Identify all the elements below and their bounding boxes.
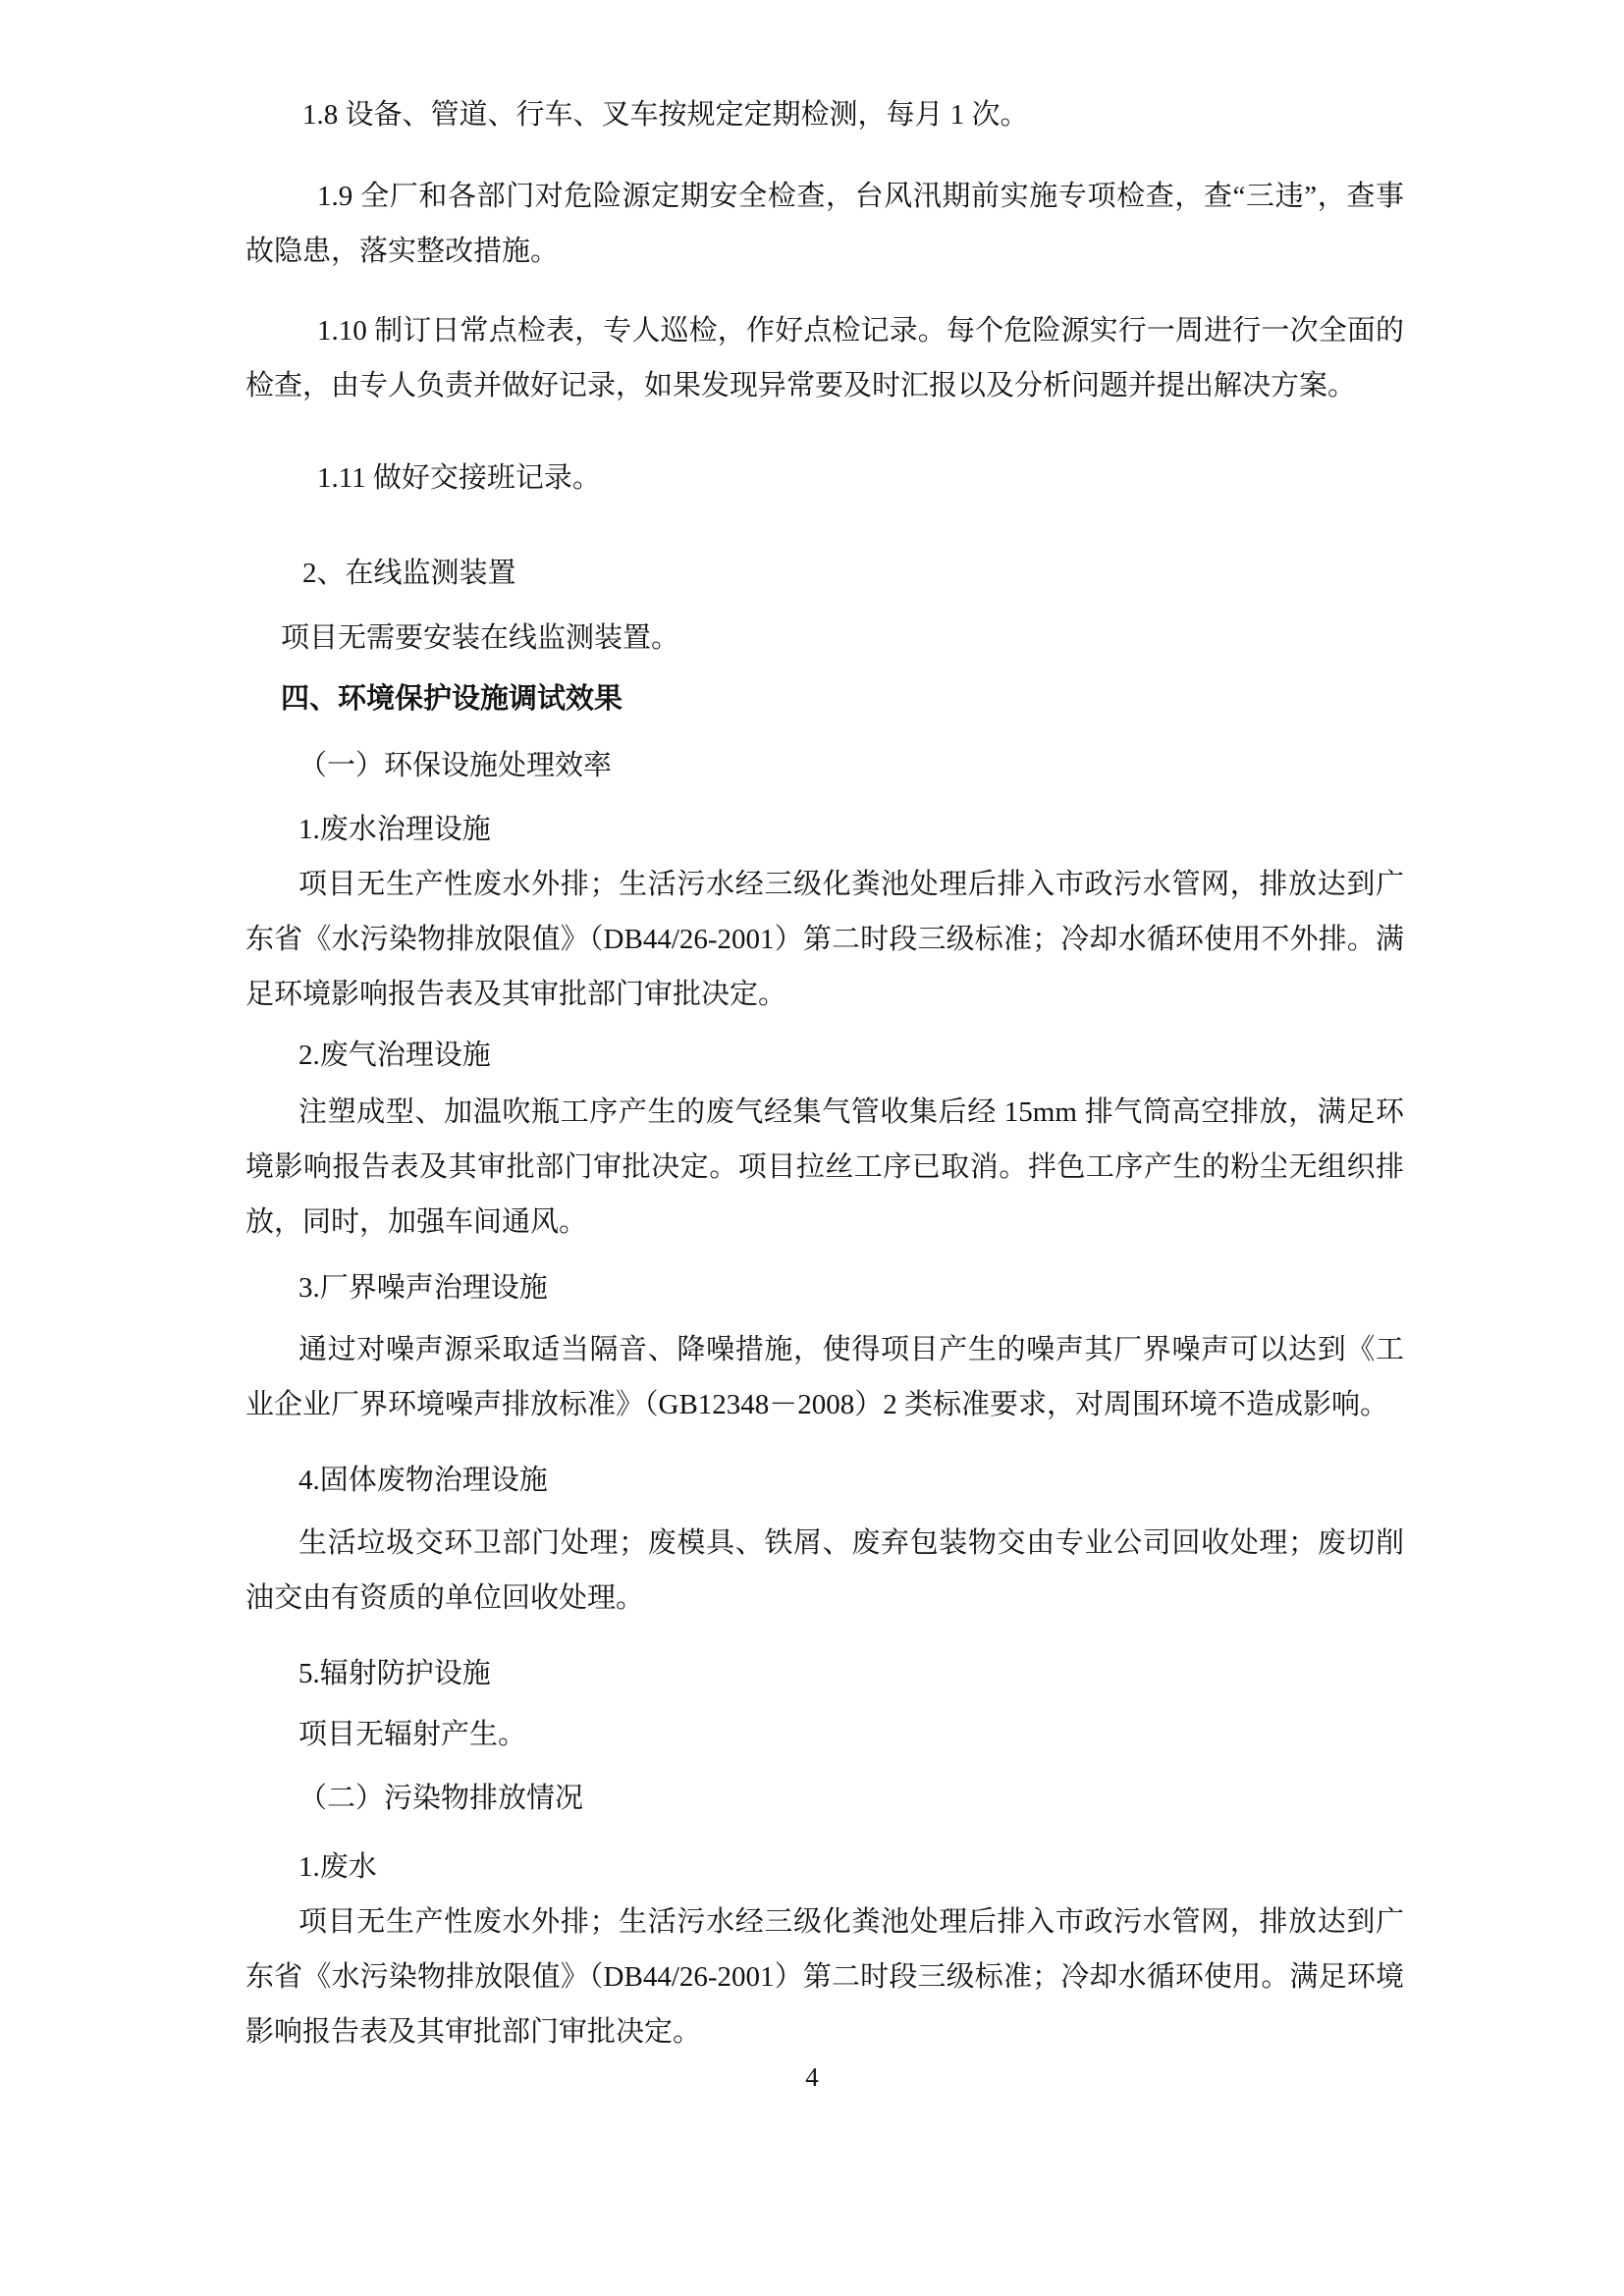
heading-wastewater-facility: 1.废水治理设施 <box>245 802 1404 857</box>
heading-boundary-noise-facility: 3.厂界噪声治理设施 <box>245 1260 1404 1315</box>
heading-radiation-facility: 5.辐射防护设施 <box>245 1646 1404 1701</box>
paragraph-1-11: 1.11 做好交接班记录。 <box>245 451 1404 506</box>
paragraph-radiation-facility: 项目无辐射产生。 <box>245 1707 1404 1762</box>
paragraph-wastewater-discharge: 项目无生产性废水外排；生活污水经三级化粪池处理后排入市政污水管网，排放达到广东省… <box>245 1895 1404 2059</box>
paragraph-waste-gas-facility: 注塑成型、加温吹瓶工序产生的废气经集气管收集后经 15mm 排气筒高空排放，满足… <box>245 1085 1404 1250</box>
heading-online-monitoring: 2、在线监测装置 <box>245 546 1404 601</box>
paragraph-no-online-monitoring: 项目无需要安装在线监测装置。 <box>245 611 1404 666</box>
heading-solid-waste-facility: 4.固体废物治理设施 <box>245 1453 1404 1508</box>
heading-subsection-1-treatment-efficiency: （一）环保设施处理效率 <box>245 738 1404 793</box>
heading-wastewater: 1.废水 <box>245 1840 1404 1895</box>
paragraph-boundary-noise-facility: 通过对噪声源采取适当隔音、降噪措施，使得项目产生的噪声其厂界噪声可以达到《工业企… <box>245 1322 1404 1432</box>
page-number: 4 <box>805 2062 819 2092</box>
paragraph-1-8: 1.8 设备、管道、行车、叉车按规定定期检测，每月 1 次。 <box>245 87 1404 142</box>
heading-waste-gas-facility: 2.废气治理设施 <box>245 1028 1404 1083</box>
page-footer: 4 <box>0 2062 1624 2092</box>
paragraph-solid-waste-facility: 生活垃圾交环卫部门处理；废模具、铁屑、废弃包装物交由专业公司回收处理；废切削油交… <box>245 1516 1404 1626</box>
heading-section-4-env-protection-effect: 四、环境保护设施调试效果 <box>245 671 1404 726</box>
document-content: 1.8 设备、管道、行车、叉车按规定定期检测，每月 1 次。 1.9 全厂和各部… <box>0 0 1624 2059</box>
paragraph-1-9: 1.9 全厂和各部门对危险源定期安全检查，台风汛期前实施专项检查，查“三违”，查… <box>245 169 1404 279</box>
heading-subsection-2-pollutant-discharge: （二）污染物排放情况 <box>245 1771 1404 1826</box>
paragraph-wastewater-facility: 项目无生产性废水外排；生活污水经三级化粪池处理后排入市政污水管网，排放达到广东省… <box>245 857 1404 1022</box>
document-page: 1.8 设备、管道、行车、叉车按规定定期检测，每月 1 次。 1.9 全厂和各部… <box>0 0 1624 2296</box>
paragraph-1-10: 1.10 制订日常点检表，专人巡检，作好点检记录。每个危险源实行一周进行一次全面… <box>245 303 1404 413</box>
